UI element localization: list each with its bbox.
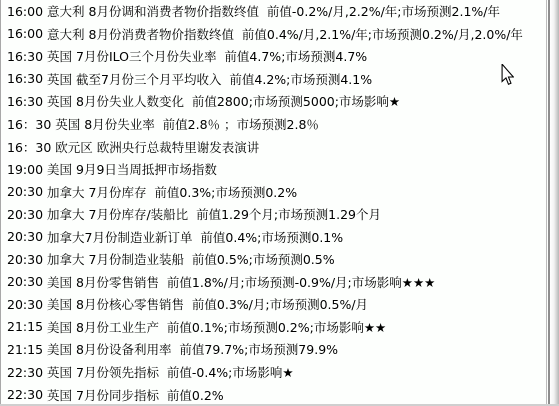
event-time: 20:30 xyxy=(7,274,43,289)
event-desc: 7月份领先指标 前值-0.4%;市场影响★ xyxy=(72,363,294,381)
event-country: 美国 xyxy=(43,340,72,358)
event-row: 16:00 意大利 8月份消费者物价指数终值 前值0.4%/月,2.1%/年;市… xyxy=(1,23,546,46)
event-country: 英国 xyxy=(51,115,80,133)
event-desc: 7月份ILO三个月份失业率 前值4.7%;市场预测4.7% xyxy=(72,47,367,65)
event-row: 20:30 美国 8月份核心零售销售 前值0.3%/月;市场预测0.5%/月 xyxy=(1,293,546,316)
event-row: 20:30 加拿大7月份制造业新订单 前值0.4%;市场预测0.1% xyxy=(1,225,546,248)
event-country: 英国 xyxy=(43,92,72,110)
event-time: 19:00 xyxy=(7,162,43,177)
event-desc: 8月份工业生产 前值0.1%;市场预测0.2%;市场影响★★ xyxy=(72,318,386,336)
event-time: 16:00 xyxy=(7,26,43,41)
event-row: 22:30 英国 7月份同步指标 前值0.2% xyxy=(1,383,546,406)
event-time: 16:30 xyxy=(7,71,43,86)
event-country: 英国 xyxy=(43,363,72,381)
event-desc: 7月份制造业装船 前值0.5%;市场预测0.5% xyxy=(85,250,335,268)
event-desc: 7月份库存/装船比 前值1.29个月;市场预测1.29个月 xyxy=(85,205,381,223)
event-row: 21:15 美国 8月份工业生产 前值0.1%;市场预测0.2%;市场影响★★ xyxy=(1,316,546,339)
event-desc: 7月份同步指标 前值0.2% xyxy=(72,386,224,404)
event-row: 22:30 英国 7月份领先指标 前值-0.4%;市场影响★ xyxy=(1,361,546,384)
event-time: 16:30 xyxy=(7,49,43,64)
event-desc: 欧洲央行总裁特里谢发表演讲 xyxy=(93,138,259,156)
event-country: 美国 xyxy=(43,273,72,291)
event-time: 16：30 xyxy=(7,138,51,156)
event-time: 20:30 xyxy=(7,252,43,267)
event-time: 21:15 xyxy=(7,342,43,357)
event-country: 加拿大 xyxy=(43,205,84,223)
right-frame-border-light xyxy=(546,0,547,406)
event-desc: 8月份消费者物价指数终值 前值0.4%/月,2.1%/年;市场预测0.2%/月,… xyxy=(85,25,523,43)
event-desc: 7月份库存 前值0.3%;市场预测0.2% xyxy=(85,183,298,201)
event-row: 20:30 美国 8月份零售销售 前值1.8%/月;市场预测-0.9%/月;市场… xyxy=(1,271,546,294)
event-time: 21:15 xyxy=(7,319,43,334)
event-row: 20:30 加拿大 7月份制造业装船 前值0.5%;市场预测0.5% xyxy=(1,248,546,271)
event-country: 美国 xyxy=(43,160,72,178)
window-edge-strip xyxy=(550,0,559,406)
event-row: 16：30 英国 8月份失业率 前值2.8％ ；市场预测2.8％ xyxy=(1,113,546,136)
event-desc: 8月份调和消费者物价指数终值 前值-0.2%/月,2.2%/年;市场预测2.1%… xyxy=(85,2,500,20)
event-desc: 9月9日当周抵押市场指数 xyxy=(72,160,217,178)
event-time: 20:30 xyxy=(7,184,43,199)
economic-calendar-page: 16:00 意大利 8月份调和消费者物价指数终值 前值-0.2%/月,2.2%/… xyxy=(0,0,559,406)
event-row: 21:15 美国 8月份设备利用率 前值79.7%;市场预测79.9% xyxy=(1,338,546,361)
event-country: 欧元区 xyxy=(51,138,92,156)
event-time: 16：30 xyxy=(7,115,51,133)
event-row: 16：30 欧元区 欧洲央行总裁特里谢发表演讲 xyxy=(1,135,546,158)
event-row: 16:00 意大利 8月份调和消费者物价指数终值 前值-0.2%/月,2.2%/… xyxy=(1,0,546,23)
event-country: 加拿大 xyxy=(43,228,84,246)
event-desc: 8月份设备利用率 前值79.7%;市场预测79.9% xyxy=(72,340,338,358)
event-country: 加拿大 xyxy=(43,250,84,268)
event-country: 英国 xyxy=(43,70,72,88)
event-time: 16:30 xyxy=(7,94,43,109)
event-list: 16:00 意大利 8月份调和消费者物价指数终值 前值-0.2%/月,2.2%/… xyxy=(1,0,546,406)
event-row: 16:30 英国 截至7月份三个月平均收入 前值4.2%;市场预测4.1% xyxy=(1,68,546,91)
event-desc: 截至7月份三个月平均收入 前值4.2%;市场预测4.1% xyxy=(72,70,372,88)
event-desc: 8月份核心零售销售 前值0.3%/月;市场预测0.5%/月 xyxy=(72,295,368,313)
event-time: 22:30 xyxy=(7,387,43,402)
left-frame-border xyxy=(0,0,1,406)
event-row: 19:00 美国 9月9日当周抵押市场指数 xyxy=(1,158,546,181)
event-time: 16:00 xyxy=(7,4,43,19)
event-time: 20:30 xyxy=(7,229,43,244)
event-country: 意大利 xyxy=(43,2,84,20)
event-country: 英国 xyxy=(43,47,72,65)
event-country: 意大利 xyxy=(43,25,84,43)
event-time: 20:30 xyxy=(7,297,43,312)
event-row: 16:30 英国 8月份失业人数变化 前值2800;市场预测5000;市场影响★ xyxy=(1,90,546,113)
event-time: 22:30 xyxy=(7,365,43,380)
event-row: 20:30 加拿大 7月份库存 前值0.3%;市场预测0.2% xyxy=(1,180,546,203)
event-country: 英国 xyxy=(43,386,72,404)
event-desc: 8月份失业人数变化 前值2800;市场预测5000;市场影响★ xyxy=(72,92,400,110)
event-time: 20:30 xyxy=(7,207,43,222)
event-row: 20:30 加拿大 7月份库存/装船比 前值1.29个月;市场预测1.29个月 xyxy=(1,203,546,226)
event-desc: 8月份失业率 前值2.8％ ；市场预测2.8％ xyxy=(80,115,319,133)
event-desc: 8月份零售销售 前值1.8%/月;市场预测-0.9%/月;市场影响★★★ xyxy=(72,273,435,291)
event-country: 美国 xyxy=(43,295,72,313)
event-desc: 7月份制造业新订单 前值0.4%;市场预测0.1% xyxy=(85,228,344,246)
event-country: 美国 xyxy=(43,318,72,336)
event-country: 加拿大 xyxy=(43,183,84,201)
event-row: 16:30 英国 7月份ILO三个月份失业率 前值4.7%;市场预测4.7% xyxy=(1,45,546,68)
